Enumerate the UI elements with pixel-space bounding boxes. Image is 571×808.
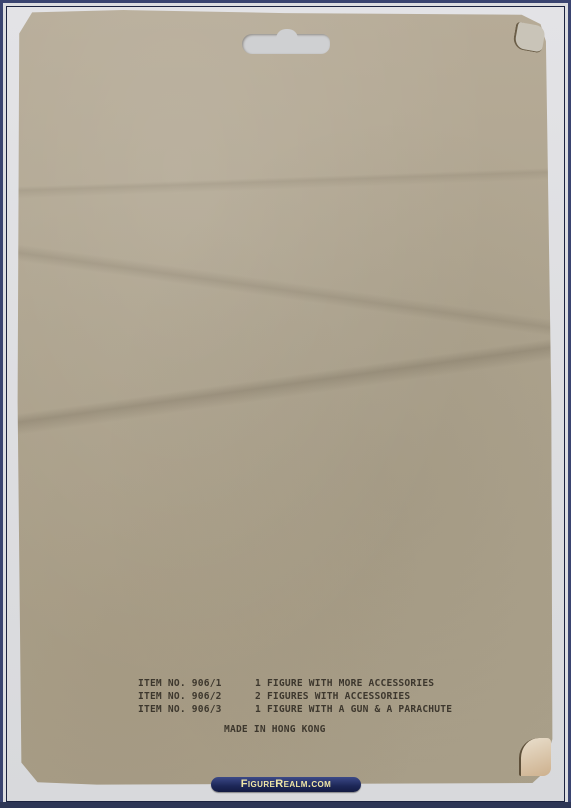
item-number: ITEM NO. 906/1 [138,677,255,690]
item-row: ITEM NO. 906/3 1 FIGURE WITH A GUN & A P… [138,703,452,716]
peeled-corner-bottom-right [519,738,551,776]
frame-bottom-bar [0,802,571,808]
item-number: ITEM NO. 906/3 [138,703,255,716]
item-row: ITEM NO. 906/2 2 FIGURES WITH ACCESSORIE… [138,690,452,703]
figurerealm-watermark: FigureRealm.com [211,777,361,792]
hang-hole [242,34,330,54]
item-description: 2 FIGURES WITH ACCESSORIES [255,690,410,703]
watermark-text: FigureRealm.com [241,778,331,790]
item-description: 1 FIGURE WITH A GUN & A PARACHUTE [255,703,452,716]
origin-text: MADE IN HONG KONG [224,724,326,735]
item-list: ITEM NO. 906/1 1 FIGURE WITH MORE ACCESS… [138,677,452,716]
item-number: ITEM NO. 906/2 [138,690,255,703]
item-description: 1 FIGURE WITH MORE ACCESSORIES [255,677,434,690]
item-row: ITEM NO. 906/1 1 FIGURE WITH MORE ACCESS… [138,677,452,690]
